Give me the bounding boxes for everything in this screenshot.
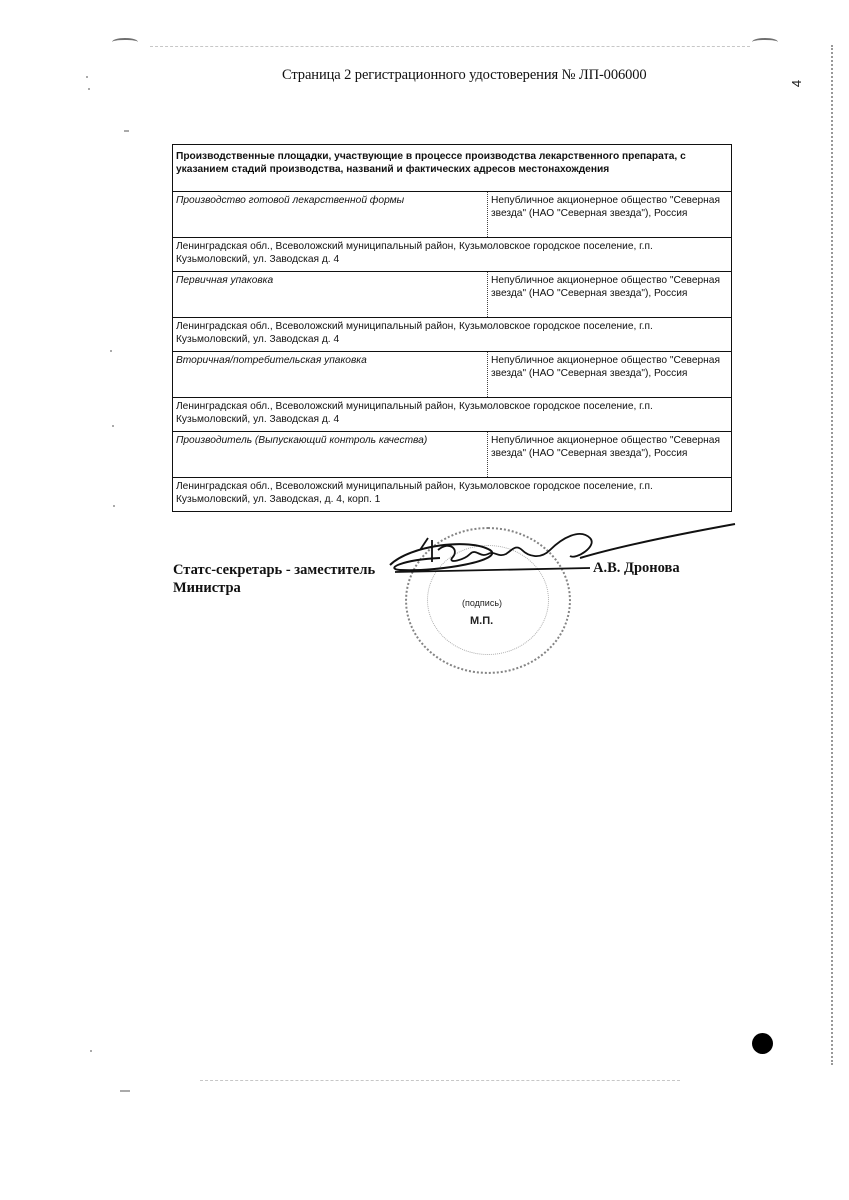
scan-artifact [88, 88, 90, 90]
scan-artifact [112, 425, 114, 427]
stage-cell: Производитель (Выпускающий контроль каче… [173, 432, 488, 478]
page-title: Страница 2 регистрационного удостоверени… [282, 67, 647, 84]
manufacturing-sites-table: Производственные площадки, участвующие в… [172, 144, 732, 512]
table-row: Производство готовой лекарственной формы… [173, 192, 732, 238]
company-cell: Непубличное акционерное общество "Северн… [488, 192, 732, 238]
table-header: Производственные площадки, участвующие в… [173, 145, 732, 192]
company-cell: Непубличное акционерное общество "Северн… [488, 352, 732, 398]
stage-cell: Первичная упаковка [173, 272, 488, 318]
signer-name: А.В. Дронова [593, 560, 680, 577]
signature-caption: (подпись) [462, 598, 502, 608]
scan-artifact [200, 1080, 680, 1081]
table-row: Ленинградская обл., Всеволожский муницип… [173, 478, 732, 512]
scan-artifact [124, 130, 129, 132]
scan-artifact [120, 1090, 130, 1092]
scan-artifact [86, 76, 88, 78]
table-row: Первичная упаковка Непубличное акционерн… [173, 272, 732, 318]
company-cell: Непубличное акционерное общество "Северн… [488, 432, 732, 478]
stage-cell: Производство готовой лекарственной формы [173, 192, 488, 238]
corner-page-mark: 4 [789, 80, 804, 87]
scan-artifact [113, 505, 115, 507]
seal-caption: М.П. [470, 615, 493, 627]
table-row: Производитель (Выпускающий контроль каче… [173, 432, 732, 478]
stage-cell: Вторичная/потребительская упаковка [173, 352, 488, 398]
table-row: Ленинградская обл., Всеволожский муницип… [173, 318, 732, 352]
page-edge-artifact [831, 45, 833, 1065]
address-cell: Ленинградская обл., Всеволожский муницип… [173, 478, 732, 512]
scan-artifact [150, 46, 750, 47]
scan-artifact [90, 1050, 92, 1052]
address-cell: Ленинградская обл., Всеволожский муницип… [173, 318, 732, 352]
scan-artifact [110, 350, 112, 352]
document-page: 4 Страница 2 регистрационного удостовере… [0, 0, 849, 1200]
company-cell: Непубличное акционерное общество "Северн… [488, 272, 732, 318]
table-row: Ленинградская обл., Всеволожский муницип… [173, 238, 732, 272]
table-header-row: Производственные площадки, участвующие в… [173, 145, 732, 192]
address-cell: Ленинградская обл., Всеволожский муницип… [173, 398, 732, 432]
table-row: Ленинградская обл., Всеволожский муницип… [173, 398, 732, 432]
scan-artifact [112, 38, 138, 46]
handwritten-signature [380, 520, 740, 590]
address-cell: Ленинградская обл., Всеволожский муницип… [173, 238, 732, 272]
punch-hole-mark [752, 1033, 773, 1054]
scan-artifact [752, 38, 778, 46]
table-row: Вторичная/потребительская упаковка Непуб… [173, 352, 732, 398]
signer-title: Статс-секретарь - заместитель Министра [173, 561, 403, 597]
